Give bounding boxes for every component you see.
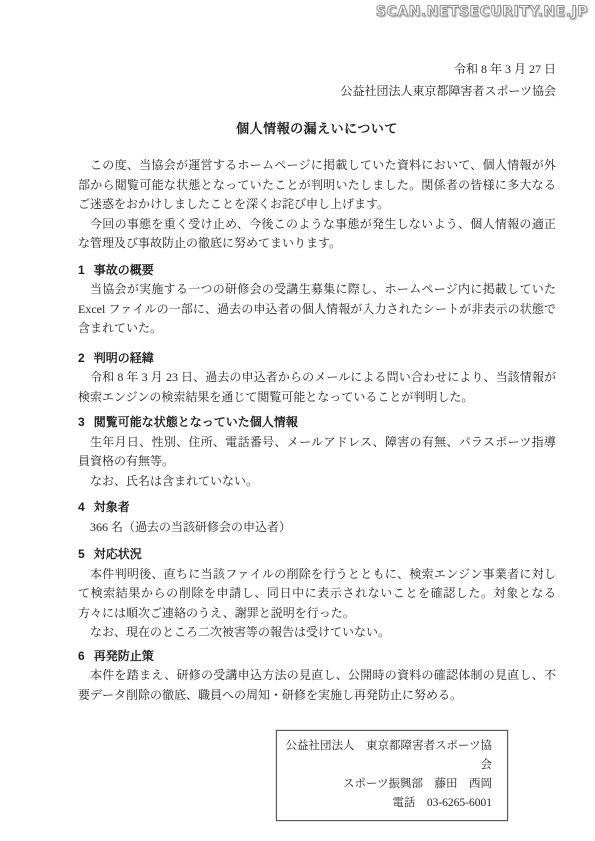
organization-line: 公益社団法人東京都障害者スポーツ協会 <box>78 80 556 102</box>
contact-phone: 電話 03‐6265‐6001 <box>285 794 492 813</box>
section-title: 対象者 <box>94 500 130 514</box>
section-heading: 6再発防止策 <box>78 647 556 667</box>
body-paragraph: 生年月日、性別、住所、電話番号、メールアドレス、障害の有無、パラスポーツ指導員資… <box>78 433 556 472</box>
section-title: 判明の経緯 <box>94 351 154 365</box>
section-number: 2 <box>78 349 85 369</box>
document-page: SCAN.NETSECURITY.NE.JP 令和 8 年 3 月 27 日 公… <box>0 0 595 841</box>
body-paragraph: なお、氏名は含まれていない。 <box>78 472 556 492</box>
contact-department: スポーツ振興部 藤田 西岡 <box>285 775 492 794</box>
section-heading: 2判明の経緯 <box>78 349 556 369</box>
contact-box: 公益社団法人 東京都障害者スポーツ協会 スポーツ振興部 藤田 西岡 電話 03‐… <box>276 730 508 821</box>
section-title: 閲覧可能な状態となっていた個人情報 <box>94 415 298 429</box>
intro-paragraph-2: 今回の事態を重く受け止め、今後このような事態が発生しないよう、個人情報の適正な管… <box>78 215 556 254</box>
body-paragraph: 本件判明後、直ちに当該ファイルの削除を行うとともに、検索エンジン事業者に対して検… <box>78 565 556 624</box>
section-title: 再発防止策 <box>94 649 154 663</box>
body-paragraph: 本件を踏まえ、研修の受講申込方法の見直し、公開時の資料の確認体制の見直し、不要デ… <box>78 666 556 705</box>
section-heading: 5対応状況 <box>78 545 556 565</box>
section-number: 3 <box>78 413 85 433</box>
section-number: 4 <box>78 498 85 518</box>
document-content: 令和 8 年 3 月 27 日 公益社団法人東京都障害者スポーツ協会 個人情報の… <box>78 0 556 821</box>
section-number: 5 <box>78 545 85 565</box>
contact-organization: 公益社団法人 東京都障害者スポーツ協会 <box>285 737 492 775</box>
section-number: 6 <box>78 647 85 667</box>
body-paragraph: 当協会が実施する一つの研修会の受講生募集に際し、ホームページ内に掲載していたEx… <box>78 280 556 339</box>
section-recurrence-prevention: 6再発防止策 本件を踏まえ、研修の受講申込方法の見直し、公開時の資料の確認体制の… <box>78 647 556 706</box>
section-number: 1 <box>78 261 85 281</box>
page-title: 個人情報の漏えいについて <box>78 119 556 139</box>
section-exposed-personal-info: 3閲覧可能な状態となっていた個人情報 生年月日、性別、住所、電話番号、メールアド… <box>78 413 556 491</box>
date-line: 令和 8 年 3 月 27 日 <box>78 58 556 80</box>
intro-paragraph-1: この度、当協会が運営するホームページに掲載していた資料において、個人情報が外部か… <box>78 156 556 215</box>
section-response-status: 5対応状況 本件判明後、直ちに当該ファイルの削除を行うとともに、検索エンジン事業… <box>78 545 556 643</box>
section-title: 対応状況 <box>94 547 142 561</box>
section-accident-overview: 1事故の概要 当協会が実施する一つの研修会の受講生募集に際し、ホームページ内に掲… <box>78 261 556 339</box>
body-paragraph: 令和 8 年 3 月 23 日、過去の申込者からのメールによる問い合わせにより、… <box>78 368 556 407</box>
section-heading: 4対象者 <box>78 498 556 518</box>
section-title: 事故の概要 <box>94 263 154 277</box>
body-paragraph: なお、現在のところ二次被害等の報告は受けていない。 <box>78 623 556 643</box>
body-paragraph: 366 名（過去の当該研修会の申込者） <box>78 518 556 538</box>
section-discovery-details: 2判明の経緯 令和 8 年 3 月 23 日、過去の申込者からのメールによる問い… <box>78 349 556 408</box>
section-heading: 3閲覧可能な状態となっていた個人情報 <box>78 413 556 433</box>
section-heading: 1事故の概要 <box>78 261 556 281</box>
section-affected-persons: 4対象者 366 名（過去の当該研修会の申込者） <box>78 498 556 537</box>
